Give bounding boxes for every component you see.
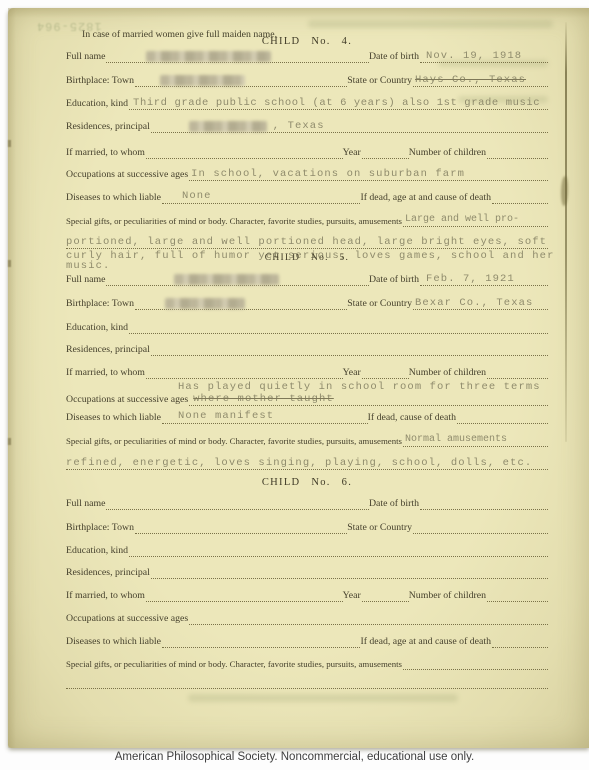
residences-line: , Texas	[151, 118, 548, 133]
archive-caption: American Philosophical Society. Noncomme…	[0, 751, 589, 763]
child-5-fullname-row: Full name Date of birth Feb. 7, 1921	[66, 272, 548, 286]
occupations-value: In school, vacations on suburban farm	[191, 169, 465, 180]
edge-mark	[8, 140, 11, 147]
diseases-line	[162, 633, 360, 648]
date-of-birth-line: Nov. 19, 1918	[420, 48, 548, 63]
year-label: Year	[343, 368, 362, 379]
education-line	[129, 319, 548, 334]
residences-label: Residences, principal	[66, 122, 151, 133]
birthplace-label: Birthplace: Town	[66, 76, 135, 87]
child-4-occupations-row: Occupations at successive ages In school…	[66, 167, 548, 181]
child-6-gifts-row: Special gifts, or peculiarities of mind …	[66, 656, 548, 670]
gifts-line: Large and well pro-	[403, 212, 548, 227]
form-page: 1825-964 In case of married women give f…	[8, 8, 589, 748]
child-5-gifts-continuation: refined, energetic, loves singing, playi…	[66, 455, 548, 470]
full-name-line	[106, 48, 368, 63]
diseases-value: None manifest	[178, 411, 274, 422]
number-children-line	[487, 364, 548, 379]
child-6-married-row: If married, to whom Year Number of child…	[66, 588, 548, 602]
diseases-label: Diseases to which liable	[66, 637, 162, 648]
child-4-fullname-row: Full name Date of birth Nov. 19, 1918	[66, 49, 548, 63]
state-country-value: Hays Co., Texas	[415, 75, 526, 86]
residences-label: Residences, principal	[66, 345, 151, 356]
child-5-occupations-row: Occupations at successive ages where mot…	[66, 392, 548, 406]
redacted-town	[160, 75, 245, 86]
residences-line	[151, 341, 548, 356]
date-of-birth-line: Feb. 7, 1921	[420, 271, 548, 286]
if-dead-label: If dead, age at and cause of death	[360, 193, 492, 204]
child-4-residences-row: Residences, principal , Texas	[66, 119, 548, 133]
gifts-value-2: portioned, large and well portioned head…	[66, 237, 547, 248]
redacted-place	[189, 121, 267, 132]
child-4-gifts-row: Special gifts, or peculiarities of mind …	[66, 213, 548, 227]
year-line	[362, 364, 409, 379]
child-5-residences-row: Residences, principal	[66, 342, 548, 356]
married-line	[146, 587, 343, 602]
child-6-heading: CHILD No. 6.	[66, 477, 548, 488]
gifts-value-1: Normal amusements	[405, 435, 507, 445]
if-married-label: If married, to whom	[66, 591, 146, 602]
date-of-birth-label: Date of birth	[369, 52, 420, 63]
education-line: Third grade public school (at 6 years) a…	[129, 95, 548, 110]
child-5-diseases-row: Diseases to which liable None manifest I…	[66, 410, 548, 424]
full-name-label: Full name	[66, 499, 106, 510]
date-of-birth-value: Nov. 19, 1918	[426, 51, 522, 62]
birthplace-line	[135, 295, 347, 310]
residences-value: , Texas	[273, 121, 325, 132]
state-country-label: State or Country	[347, 76, 413, 87]
residences-line	[151, 564, 548, 579]
special-gifts-label: Special gifts, or peculiarities of mind …	[66, 437, 403, 447]
number-children-label: Number of children	[409, 368, 487, 379]
state-country-line: Bexar Co., Texas	[413, 295, 548, 310]
if-dead-line	[457, 409, 548, 424]
if-dead-label: If dead, age at and cause of death	[360, 637, 492, 648]
edge-mark	[8, 438, 11, 445]
education-label: Education, kind	[66, 99, 129, 110]
child-4-birthplace-row: Birthplace: Town State or Country Hays C…	[66, 73, 548, 87]
full-name-line	[106, 495, 368, 510]
occupations-line: where mother taught	[189, 391, 548, 406]
diseases-label: Diseases to which liable	[66, 413, 162, 424]
diseases-line: None manifest	[162, 409, 368, 424]
if-married-label: If married, to whom	[66, 368, 146, 379]
special-gifts-label: Special gifts, or peculiarities of mind …	[66, 217, 403, 227]
date-of-birth-label: Date of birth	[369, 499, 420, 510]
child-4-gifts-continuation: portioned, large and well portioned head…	[66, 234, 548, 249]
number-children-line	[487, 587, 548, 602]
gifts-line: Normal amusements	[403, 432, 548, 447]
child-4-heading: CHILD No. 4.	[66, 36, 548, 47]
scanned-document: 1825-964 In case of married women give f…	[0, 0, 589, 770]
child-6-residences-row: Residences, principal	[66, 565, 548, 579]
residences-label: Residences, principal	[66, 568, 151, 579]
occupations-line: In school, vacations on suburban farm	[189, 166, 548, 181]
child-6-occupations-row: Occupations at successive ages	[66, 611, 548, 625]
occupations-struck-value: where mother taught	[193, 394, 334, 405]
birthplace-label: Birthplace: Town	[66, 299, 135, 310]
child-5-married-row: If married, to whom Year Number of child…	[66, 365, 548, 379]
date-of-birth-line	[420, 495, 548, 510]
birthplace-label: Birthplace: Town	[66, 523, 135, 534]
child-5-education-row: Education, kind	[66, 320, 548, 334]
full-name-line	[106, 271, 368, 286]
child-4-married-row: If married, to whom Year Number of child…	[66, 145, 548, 159]
if-dead-label: If dead, cause of death	[368, 413, 457, 424]
occupations-label: Occupations at successive ages	[66, 614, 189, 625]
child-6-education-row: Education, kind	[66, 543, 548, 557]
edge-mark	[8, 260, 11, 267]
state-country-line	[413, 519, 548, 534]
child-6-gifts-continuation-line	[66, 674, 548, 689]
state-country-label: State or Country	[347, 523, 413, 534]
married-line	[146, 144, 343, 159]
education-line	[129, 542, 548, 557]
education-label: Education, kind	[66, 546, 129, 557]
birthplace-line	[135, 72, 347, 87]
state-country-value: Bexar Co., Texas	[415, 298, 533, 309]
state-country-label: State or Country	[347, 299, 413, 310]
state-country-line: Hays Co., Texas	[413, 72, 548, 87]
married-line	[146, 364, 343, 379]
child-6-fullname-row: Full name Date of birth	[66, 496, 548, 510]
child-4-education-row: Education, kind Third grade public schoo…	[66, 96, 548, 110]
if-dead-line	[492, 189, 548, 204]
redacted-name	[174, 274, 279, 285]
number-children-label: Number of children	[409, 591, 487, 602]
birthplace-line	[135, 519, 347, 534]
year-line	[362, 587, 409, 602]
number-children-label: Number of children	[409, 148, 487, 159]
if-married-label: If married, to whom	[66, 148, 146, 159]
child-5-birthplace-row: Birthplace: Town State or Country Bexar …	[66, 296, 548, 310]
year-line	[362, 144, 409, 159]
gifts-line	[403, 655, 548, 670]
show-through-smudge	[308, 20, 553, 28]
occupations-label: Occupations at successive ages	[66, 170, 189, 181]
occupations-line	[189, 610, 548, 625]
date-of-birth-value: Feb. 7, 1921	[426, 274, 515, 285]
number-children-line	[487, 144, 548, 159]
if-dead-line	[492, 633, 548, 648]
occupations-label: Occupations at successive ages	[66, 395, 189, 406]
full-name-label: Full name	[66, 52, 106, 63]
gifts-value-2: refined, energetic, loves singing, playi…	[66, 458, 532, 469]
full-name-label: Full name	[66, 275, 106, 286]
diseases-line: None	[162, 189, 360, 204]
child-5-heading: CHILD No. 5.	[66, 253, 548, 263]
child-6-diseases-row: Diseases to which liable If dead, age at…	[66, 634, 548, 648]
date-of-birth-label: Date of birth	[369, 275, 420, 286]
page-edge-crease	[565, 22, 567, 442]
child-4-diseases-row: Diseases to which liable None If dead, a…	[66, 190, 548, 204]
year-label: Year	[343, 148, 362, 159]
diseases-value: None	[182, 191, 212, 202]
year-label: Year	[343, 591, 362, 602]
child-6-birthplace-row: Birthplace: Town State or Country	[66, 520, 548, 534]
special-gifts-label: Special gifts, or peculiarities of mind …	[66, 660, 403, 670]
diseases-label: Diseases to which liable	[66, 193, 162, 204]
child-5-gifts-row: Special gifts, or peculiarities of mind …	[66, 433, 548, 447]
redacted-name	[146, 51, 271, 62]
education-label: Education, kind	[66, 323, 129, 334]
gifts-value-1: Large and well pro-	[405, 215, 519, 225]
redacted-town	[165, 298, 245, 309]
education-value: Third grade public school (at 6 years) a…	[133, 98, 540, 109]
show-through-smudge	[188, 694, 458, 702]
